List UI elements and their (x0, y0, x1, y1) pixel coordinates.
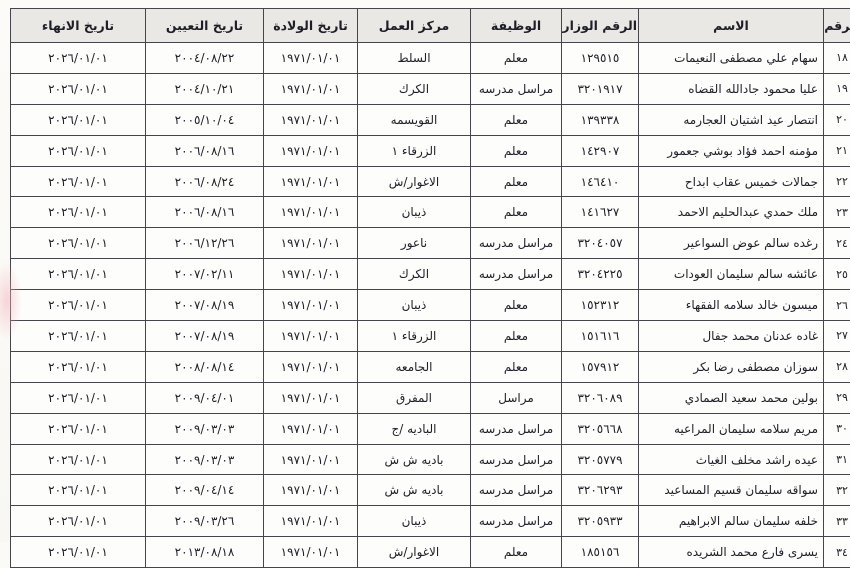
cell-appointment-date: ٢٠٠٤/٠٨/٢٢ (146, 43, 264, 74)
header-birth-date: تاريخ الولادة (264, 9, 358, 43)
cell-row-number: ٢٦ (824, 290, 850, 321)
cell-name: ميسون خالد سلامه الفقهاء (639, 290, 824, 321)
cell-name: جمالات خميس عقاب ابداح (639, 166, 824, 197)
cell-row-number: ٣٠ (824, 413, 850, 444)
cell-birth-date: ١٩٧١/٠١/٠١ (264, 104, 358, 135)
table-row: ٢٨سوزان مصطفى رضا بكر١٥٧٩١٢معلمالجامعه١٩… (11, 351, 850, 382)
cell-birth-date: ١٩٧١/٠١/٠١ (264, 351, 358, 382)
cell-row-number: ١٨ (824, 43, 850, 74)
cell-row-number: ٢٨ (824, 351, 850, 382)
cell-appointment-date: ٢٠٠٩/٠٤/٠١ (146, 382, 264, 413)
cell-name: ملك حمدي عبدالحليم الاحمد (639, 197, 824, 228)
cell-end-date: ٢٠٢٦/٠١/٠١ (11, 351, 146, 382)
table-row: ٢٧غاده عدنان محمد جفال١٥١٦١٦معلمالزرقاء … (11, 321, 850, 352)
cell-work-center: الباديه /ج (358, 413, 471, 444)
cell-birth-date: ١٩٧١/٠١/٠١ (264, 321, 358, 352)
cell-name: يسرى فارع محمد الشريده (639, 537, 824, 542)
cell-name: غاده عدنان محمد جفال (639, 321, 824, 352)
cell-birth-date: ١٩٧١/٠١/٠١ (264, 73, 358, 104)
cell-birth-date: ١٩٧١/٠١/٠١ (264, 135, 358, 166)
cell-job-title: معلم (471, 166, 562, 197)
table-row: ٢٤رغده سالم عوض السواعير٣٢٠٤٠٥٧مراسل مدر… (11, 228, 850, 259)
cell-birth-date: ١٩٧١/٠١/٠١ (264, 506, 358, 537)
table-row: ٢٩بولين محمد سعيد الصمادي٣٢٠٦٠٨٩مراسلالم… (11, 382, 850, 413)
cell-ministry-number: ١٤٢٩٠٧ (562, 135, 639, 166)
cell-job-title: مراسل مدرسه (471, 228, 562, 259)
cell-job-title: معلم (471, 537, 562, 542)
cell-row-number: ٢٤ (824, 228, 850, 259)
cell-row-number: ٢٠ (824, 104, 850, 135)
cell-job-title: مراسل (471, 382, 562, 413)
cell-birth-date: ١٩٧١/٠١/٠١ (264, 43, 358, 74)
cell-ministry-number: ١٥١٦١٦ (562, 321, 639, 352)
cell-end-date: ٢٠٢٦/٠١/٠١ (11, 73, 146, 104)
cell-birth-date: ١٩٧١/٠١/٠١ (264, 290, 358, 321)
cell-ministry-number: ١٥٧٩١٢ (562, 351, 639, 382)
cell-work-center: ذيبان (358, 290, 471, 321)
cell-ministry-number: ٣٢٠٥٦٦٨ (562, 413, 639, 444)
cell-appointment-date: ٢٠٠٩/٠٣/٢٦ (146, 506, 264, 537)
cell-ministry-number: ١٤٦٤١٠ (562, 166, 639, 197)
cell-birth-date: ١٩٧١/٠١/٠١ (264, 197, 358, 228)
cell-work-center: الكرك (358, 259, 471, 290)
cell-appointment-date: ٢٠٠٧/٠٢/١١ (146, 259, 264, 290)
cell-job-title: معلم (471, 43, 562, 74)
cell-row-number: ٣١ (824, 444, 850, 475)
cell-appointment-date: ٢٠٠٩/٠٤/١٤ (146, 475, 264, 506)
cell-work-center: الكرك (358, 73, 471, 104)
table-row: ٣٤يسرى فارع محمد الشريده١٨٥١٥٦معلمالاغوا… (11, 537, 850, 542)
cell-row-number: ٢٧ (824, 321, 850, 352)
cell-job-title: مراسل مدرسه (471, 413, 562, 444)
cell-appointment-date: ٢٠٠٩/٠٣/٠٣ (146, 444, 264, 475)
table-row: ٢٥عائشه سالم سليمان العودات٣٢٠٤٢٢٥مراسل … (11, 259, 850, 290)
header-ministry-number: الرقم الوزاري (562, 9, 639, 43)
cell-ministry-number: ١٥٢٣١٢ (562, 290, 639, 321)
cell-ministry-number: ٣٢٠١٩١٧ (562, 73, 639, 104)
cell-row-number: ٢٣ (824, 197, 850, 228)
cell-work-center: الزرقاء ١ (358, 135, 471, 166)
table-row: ١٨سهام علي مصطفى النعيمات١٢٩٥١٥معلمالسلط… (11, 43, 850, 74)
cell-ministry-number: ١٤١٦٢٧ (562, 197, 639, 228)
cell-name: انتصار عيد اشتيان العجارمه (639, 104, 824, 135)
cell-ministry-number: ١٢٩٥١٥ (562, 43, 639, 74)
cell-name: سهام علي مصطفى النعيمات (639, 43, 824, 74)
cell-job-title: معلم (471, 104, 562, 135)
cell-name: رغده سالم عوض السواعير (639, 228, 824, 259)
table-row: ٣١عيده راشد مخلف الغياث٣٢٠٥٧٧٩مراسل مدرس… (11, 444, 850, 475)
cell-ministry-number: ٣٢٠٦٠٨٩ (562, 382, 639, 413)
cell-job-title: معلم (471, 197, 562, 228)
header-row: الرقم الاسم الرقم الوزاري الوظيفة مركز ا… (11, 9, 850, 43)
cell-appointment-date: ٢٠٠٦/٠٨/١٦ (146, 135, 264, 166)
cell-work-center: باديه ش ش (358, 444, 471, 475)
table-row: ٣٠مريم سلامه سليمان المراعيه٣٢٠٥٦٦٨مراسل… (11, 413, 850, 444)
cell-job-title: مراسل مدرسه (471, 73, 562, 104)
cell-work-center: الجامعه (358, 351, 471, 382)
header-row-number: الرقم (824, 9, 850, 43)
cell-name: عائشه سالم سليمان العودات (639, 259, 824, 290)
cell-end-date: ٢٠٢٦/٠١/٠١ (11, 259, 146, 290)
cell-birth-date: ١٩٧١/٠١/٠١ (264, 444, 358, 475)
cell-birth-date: ١٩٧١/٠١/٠١ (264, 382, 358, 413)
cell-job-title: مراسل مدرسه (471, 506, 562, 537)
cell-end-date: ٢٠٢٦/٠١/٠١ (11, 166, 146, 197)
cell-end-date: ٢٠٢٦/٠١/٠١ (11, 475, 146, 506)
cell-job-title: مراسل مدرسه (471, 475, 562, 506)
cell-ministry-number: ٣٢٠٤٠٥٧ (562, 228, 639, 259)
cell-birth-date: ١٩٧١/٠١/٠١ (264, 166, 358, 197)
cell-appointment-date: ٢٠٠٩/٠٣/٠٣ (146, 413, 264, 444)
cell-job-title: مراسل مدرسه (471, 444, 562, 475)
table-row: ٢١مؤمنه احمد فؤاد بوشي جعمور١٤٢٩٠٧معلمال… (11, 135, 850, 166)
cell-appointment-date: ٢٠٠٨/٠٨/١٤ (146, 351, 264, 382)
cell-row-number: ٢٥ (824, 259, 850, 290)
scanned-document-sheet: الرقم الاسم الرقم الوزاري الوظيفة مركز ا… (0, 0, 850, 542)
table-row: ٢٢جمالات خميس عقاب ابداح١٤٦٤١٠معلمالاغوا… (11, 166, 850, 197)
cell-ministry-number: ٣٢٠٤٢٢٥ (562, 259, 639, 290)
cell-end-date: ٢٠٢٦/٠١/٠١ (11, 444, 146, 475)
table-row: ١٩عليا محمود جادالله القضاه٣٢٠١٩١٧مراسل … (11, 73, 850, 104)
cell-row-number: ٣٢ (824, 475, 850, 506)
cell-row-number: ٢٢ (824, 166, 850, 197)
table-row: ٢٦ميسون خالد سلامه الفقهاء١٥٢٣١٢معلمذيبا… (11, 290, 850, 321)
header-appointment-date: تاريخ التعيين (146, 9, 264, 43)
cell-birth-date: ١٩٧١/٠١/٠١ (264, 228, 358, 259)
cell-birth-date: ١٩٧١/٠١/٠١ (264, 537, 358, 542)
table-row: ٢٠انتصار عيد اشتيان العجارمه١٣٩٣٣٨معلمال… (11, 104, 850, 135)
cell-work-center: ذيبان (358, 197, 471, 228)
cell-name: مؤمنه احمد فؤاد بوشي جعمور (639, 135, 824, 166)
header-name: الاسم (639, 9, 824, 43)
cell-end-date: ٢٠٢٦/٠١/٠١ (11, 228, 146, 259)
header-end-date: تاريخ الانهاء (11, 9, 146, 43)
cell-name: مريم سلامه سليمان المراعيه (639, 413, 824, 444)
cell-name: عيده راشد مخلف الغياث (639, 444, 824, 475)
cell-row-number: ٣٤ (824, 537, 850, 542)
cell-end-date: ٢٠٢٦/٠١/٠١ (11, 506, 146, 537)
cell-name: سواقه سليمان قسيم المساعيد (639, 475, 824, 506)
cell-end-date: ٢٠٢٦/٠١/٠١ (11, 135, 146, 166)
cell-work-center: الاغوار/ش (358, 166, 471, 197)
cell-appointment-date: ٢٠٠٧/٠٨/١٩ (146, 290, 264, 321)
cell-name: خلفه سليمان سالم الابراهيم (639, 506, 824, 537)
cell-work-center: ناعور (358, 228, 471, 259)
cell-work-center: السلط (358, 43, 471, 74)
cell-work-center: المفرق (358, 382, 471, 413)
cell-end-date: ٢٠٢٦/٠١/٠١ (11, 413, 146, 444)
table-body: ١٨سهام علي مصطفى النعيمات١٢٩٥١٥معلمالسلط… (11, 43, 850, 543)
cell-appointment-date: ٢٠٠٧/٠٨/١٩ (146, 321, 264, 352)
cell-job-title: معلم (471, 321, 562, 352)
table-row: ٣٣خلفه سليمان سالم الابراهيم٣٢٠٥٩٣٣مراسل… (11, 506, 850, 537)
cell-end-date: ٢٠٢٦/٠١/٠١ (11, 537, 146, 542)
cell-end-date: ٢٠٢٦/٠١/٠١ (11, 104, 146, 135)
cell-job-title: معلم (471, 290, 562, 321)
cell-job-title: معلم (471, 135, 562, 166)
cell-appointment-date: ٢٠٠٦/١٢/٢٦ (146, 228, 264, 259)
cell-job-title: معلم (471, 351, 562, 382)
cell-work-center: ذيبان (358, 506, 471, 537)
cell-ministry-number: ١٨٥١٥٦ (562, 537, 639, 542)
cell-appointment-date: ٢٠٠٦/٠٨/١٦ (146, 197, 264, 228)
cell-end-date: ٢٠٢٦/٠١/٠١ (11, 43, 146, 74)
cell-appointment-date: ٢٠٠٤/١٠/٢١ (146, 73, 264, 104)
cell-birth-date: ١٩٧١/٠١/٠١ (264, 413, 358, 444)
cell-birth-date: ١٩٧١/٠١/٠١ (264, 259, 358, 290)
cell-job-title: مراسل مدرسه (471, 259, 562, 290)
cell-work-center: القويسمه (358, 104, 471, 135)
cell-ministry-number: ٣٢٠٥٩٣٣ (562, 506, 639, 537)
header-work-center: مركز العمل (358, 9, 471, 43)
cell-work-center: باديه ش ش (358, 475, 471, 506)
cell-ministry-number: ٣٢٠٥٧٧٩ (562, 444, 639, 475)
cell-name: سوزان مصطفى رضا بكر (639, 351, 824, 382)
cell-name: بولين محمد سعيد الصمادي (639, 382, 824, 413)
table-row: ٣٢سواقه سليمان قسيم المساعيد٣٢٠٦٢٩٣مراسل… (11, 475, 850, 506)
cell-work-center: الزرقاء ١ (358, 321, 471, 352)
cell-ministry-number: ١٣٩٣٣٨ (562, 104, 639, 135)
cell-end-date: ٢٠٢٦/٠١/٠١ (11, 290, 146, 321)
cell-row-number: ٣٣ (824, 506, 850, 537)
cell-row-number: ١٩ (824, 73, 850, 104)
cell-name: عليا محمود جادالله القضاه (639, 73, 824, 104)
cell-work-center: الاغوار/ش (358, 537, 471, 542)
employee-roster-table: الرقم الاسم الرقم الوزاري الوظيفة مركز ا… (10, 8, 850, 542)
cell-appointment-date: ٢٠٠٦/٠٨/٢٤ (146, 166, 264, 197)
cell-end-date: ٢٠٢٦/٠١/٠١ (11, 382, 146, 413)
cell-appointment-date: ٢٠١٣/٠٨/١٨ (146, 537, 264, 542)
cell-ministry-number: ٣٢٠٦٢٩٣ (562, 475, 639, 506)
cell-end-date: ٢٠٢٦/٠١/٠١ (11, 197, 146, 228)
table-row: ٢٣ملك حمدي عبدالحليم الاحمد١٤١٦٢٧معلمذيب… (11, 197, 850, 228)
header-job-title: الوظيفة (471, 9, 562, 43)
cell-end-date: ٢٠٢٦/٠١/٠١ (11, 321, 146, 352)
table-header: الرقم الاسم الرقم الوزاري الوظيفة مركز ا… (11, 9, 850, 43)
cell-birth-date: ١٩٧١/٠١/٠١ (264, 475, 358, 506)
cell-row-number: ٢١ (824, 135, 850, 166)
cell-appointment-date: ٢٠٠٥/١٠/٠٤ (146, 104, 264, 135)
cell-row-number: ٢٩ (824, 382, 850, 413)
